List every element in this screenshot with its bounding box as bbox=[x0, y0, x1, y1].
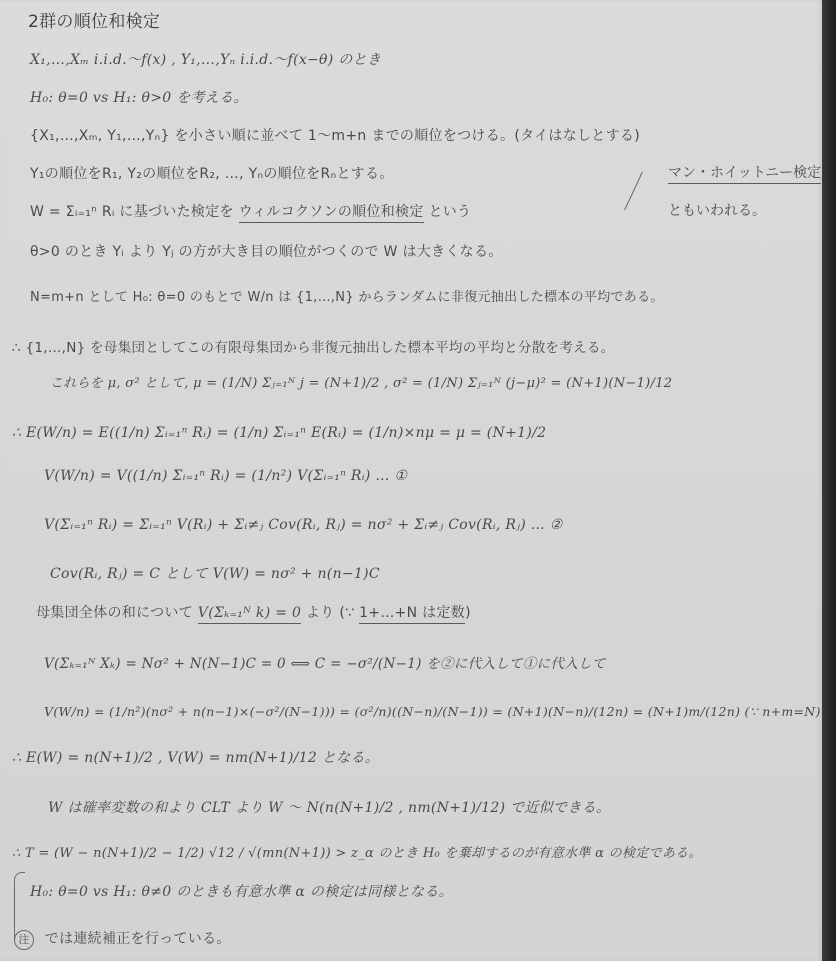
intuition-line: θ>0 のとき Yᵢ より Yⱼ の方が大き目の順位がつくので W は大きくなる… bbox=[30, 244, 503, 261]
mean-variance-line: これらを μ, σ² として, μ = (1/N) Σⱼ₌₁ᴺ j = (N+1… bbox=[50, 376, 672, 392]
notebook-page: 2群の順位和検定 X₁,…,Xₘ i.i.d.～f(x) , Y₁,…,Yₙ i… bbox=[0, 0, 822, 961]
null-distribution-line: N=m+n として H₀: θ=0 のもとで W/n は {1,…,N} からラ… bbox=[30, 290, 664, 306]
expectation-line: ∴ E(W/n) = E((1/n) Σᵢ₌₁ⁿ Rᵢ) = (1/n) Σᵢ₌… bbox=[12, 425, 546, 442]
hypothesis-line: H₀: θ=0 vs H₁: θ>0 を考える。 bbox=[30, 90, 248, 107]
dark-background-edge bbox=[822, 0, 836, 961]
setup-line: X₁,…,Xₘ i.i.d.～f(x) , Y₁,…,Yₙ i.i.d.～f(x… bbox=[30, 52, 381, 69]
continuity-note-line: 注 では連続補正を行っている。 bbox=[14, 930, 231, 950]
statistic-suffix: という bbox=[428, 204, 471, 220]
variance-eq-1: V(W/n) = V((1/n) Σᵢ₌₁ⁿ Rᵢ) = (1/n²) V(Σᵢ… bbox=[44, 468, 407, 485]
ranking-line: {X₁,…,Xₘ, Y₁,…,Yₙ} を小さい順に並べて 1～m+n までの順位… bbox=[30, 128, 640, 145]
wilcoxon-test-name: ウィルコクソンの順位和検定 bbox=[239, 204, 424, 223]
test-statistic-line: ∴ T = (W − n(N+1)/2 − 1/2) √12 / √(mn(N+… bbox=[12, 846, 702, 862]
note-marker: 注 bbox=[14, 930, 34, 950]
finite-population-line: ∴ {1,…,N} を母集団としてこの有限母集団から非復元抽出した標本平均の平均… bbox=[12, 340, 615, 356]
statistic-definition-line: W = Σᵢ₌₁ⁿ Rᵢ に基づいた検定を ウィルコクソンの順位和検定 という bbox=[30, 204, 471, 221]
solve-c-line: V(Σₖ₌₁ᴺ Xₖ) = Nσ² + N(N−1)C = 0 ⟺ C = −σ… bbox=[44, 656, 606, 672]
variance-eq-2: V(Σᵢ₌₁ⁿ Rᵢ) = Σᵢ₌₁ⁿ V(Rᵢ) + Σᵢ≠ⱼ Cov(Rᵢ,… bbox=[44, 517, 563, 534]
side-note-pointer bbox=[624, 172, 671, 210]
moments-result-line: ∴ E(W) = n(N+1)/2 , V(W) = nm(N+1)/12 とな… bbox=[12, 750, 379, 767]
side-note-text: ともいわれる。 bbox=[668, 200, 766, 220]
rank-definition-line: Y₁の順位をR₁, Y₂の順位をR₂, …, Yₙの順位をRₙとする。 bbox=[30, 166, 394, 183]
side-note-title: マン・ホイットニー検定 bbox=[668, 162, 821, 182]
page-title: 2群の順位和検定 bbox=[28, 12, 160, 32]
population-sum-line: 母集団全体の和について V(Σₖ₌₁ᴺ k) = 0 より (∵ 1+…+N は… bbox=[36, 605, 471, 622]
covariance-line: Cov(Rᵢ, Rⱼ) = C として V(W) = nσ² + n(n−1)C bbox=[50, 566, 380, 583]
variance-result-line: V(W/n) = (1/n²)(nσ² + n(n−1)×(−σ²/(N−1))… bbox=[44, 704, 821, 719]
statistic-text: W = Σᵢ₌₁ⁿ Rᵢ に基づいた検定を bbox=[30, 204, 234, 220]
two-sided-line: H₀: θ=0 vs H₁: θ≠0 のときも有意水準 α の検定は同様となる。 bbox=[30, 884, 453, 901]
clt-line: W は確率変数の和より CLT より W ～ N(n(N+1)/2 , nm(N… bbox=[48, 800, 610, 817]
